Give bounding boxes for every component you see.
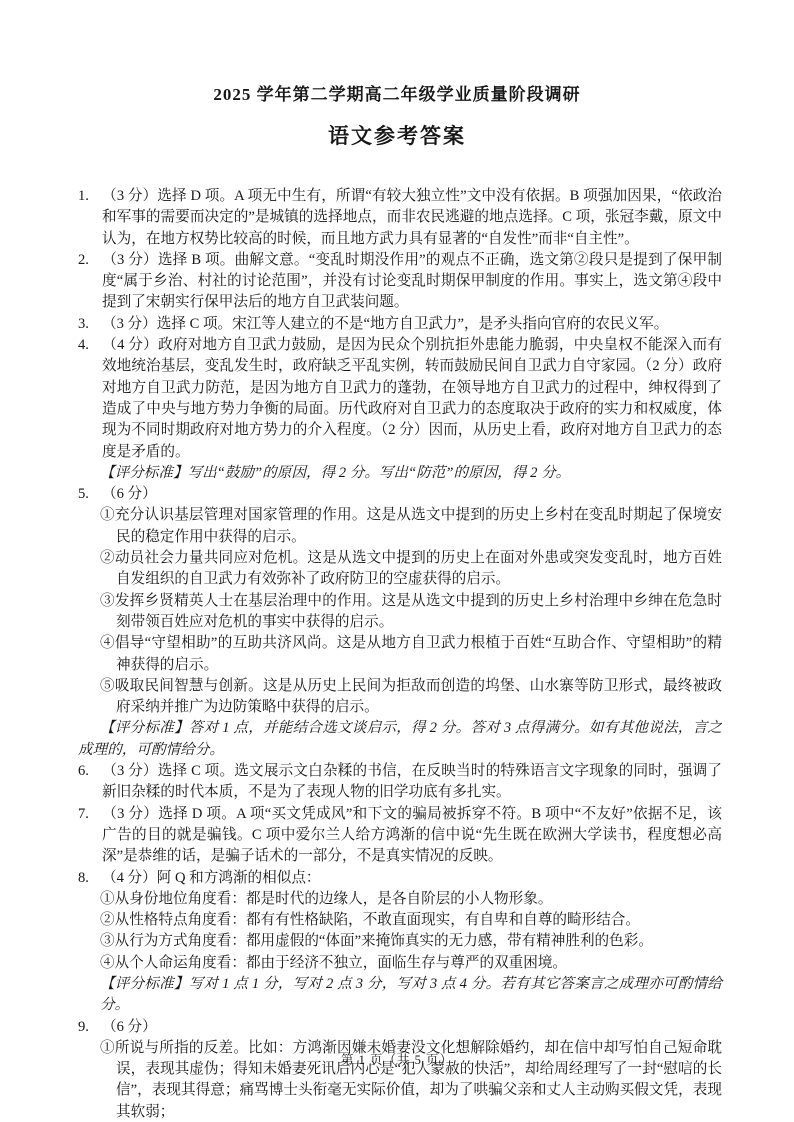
- item-text: （6 分）: [102, 486, 157, 502]
- answer-item-5-point-5: ⑤吸取民间智慧与创新。这是从历史上民间为拒敌而创造的坞堡、山水寨等防卫形式，最终…: [78, 676, 722, 719]
- item-text: （3 分）选择 C 项。宋江等人建立的不是“地方自卫武力”，是矛头指向官府的农民…: [102, 316, 668, 332]
- answer-item-8: 8.（4 分）阿 Q 和方鸿渐的相似点：: [78, 868, 722, 889]
- item-number: 2.: [78, 250, 102, 271]
- item-number: 5.: [78, 484, 102, 505]
- item-text: （4 分）政府对地方自卫武力鼓励，是因为民众个别抗拒外患能力脆弱，中央皇权不能深…: [102, 337, 722, 459]
- answer-item-1: 1.（3 分）选择 D 项。A 项无中生有，所谓“有较大独立性”文中没有依据。B…: [78, 186, 722, 250]
- answer-item-5-point-1: ①充分认识基层管理对国家管理的作用。这是从选文中提到的历史上乡村在变乱时期起了保…: [78, 505, 722, 548]
- item-text: （3 分）选择 D 项。A 项“买文凭成风”和下文的骗局被拆穿不符。B 项中“不…: [102, 806, 722, 865]
- item-number: 3.: [78, 314, 102, 335]
- item-text: （3 分）选择 C 项。选文展示文白杂糅的书信，在反映当时的特殊语言文字现象的同…: [102, 763, 722, 800]
- item-number: 4.: [78, 335, 102, 356]
- answer-item-3: 3.（3 分）选择 C 项。宋江等人建立的不是“地方自卫武力”，是矛头指向官府的…: [78, 314, 722, 335]
- answer-item-7: 7.（3 分）选择 D 项。A 项“买文凭成风”和下文的骗局被拆穿不符。B 项中…: [78, 804, 722, 868]
- scoring-note-item-4: 【评分标准】写出“鼓励”的原因，得 2 分。写出“防范”的原因，得 2 分。: [78, 463, 722, 484]
- item-number: 7.: [78, 804, 102, 825]
- answer-item-2: 2.（3 分）选择 B 项。曲解文意。“变乱时期没作用”的观点不正确，选文第②段…: [78, 250, 722, 314]
- item-number: 9.: [78, 1017, 102, 1038]
- answer-item-5-point-2: ②动员社会力量共同应对危机。这是从选文中提到的历史上在面对外患或突发变乱时，地方…: [78, 548, 722, 591]
- item-text: （4 分）阿 Q 和方鸿渐的相似点：: [102, 870, 321, 886]
- page-header: 2025 学年第二学期高二年级学业质量阶段调研 语文参考答案: [0, 0, 794, 150]
- answer-body: 1.（3 分）选择 D 项。A 项无中生有，所谓“有较大独立性”文中没有依据。B…: [0, 186, 794, 1122]
- document-title: 2025 学年第二学期高二年级学业质量阶段调研: [0, 80, 794, 105]
- answer-item-8-point-2: ②从性格特点角度看：都有有性格缺陷，不敢直面现实，有自卑和自尊的畸形结合。: [78, 910, 722, 931]
- item-number: 6.: [78, 761, 102, 782]
- item-text: （3 分）选择 D 项。A 项无中生有，所谓“有较大独立性”文中没有依据。B 项…: [102, 188, 722, 247]
- item-text: （6 分）: [102, 1019, 157, 1035]
- item-number: 8.: [78, 868, 102, 889]
- answer-item-8-point-1: ①从身份地位角度看：都是时代的边缘人，是各自阶层的小人物形象。: [78, 889, 722, 910]
- item-number: 1.: [78, 186, 102, 207]
- scoring-note-item-5: 【评分标准】答对 1 点，并能结合选文谈启示，得 2 分。答对 3 点得满分。如…: [78, 718, 722, 761]
- answer-item-8-point-3: ③从行为方式角度看：都用虚假的“体面”来掩饰真实的无力感，带有精神胜利的色彩。: [78, 931, 722, 952]
- answer-item-6: 6.（3 分）选择 C 项。选文展示文白杂糅的书信，在反映当时的特殊语言文字现象…: [78, 761, 722, 804]
- scoring-note-item-8: 【评分标准】写对 1 点 1 分，写对 2 点 3 分，写对 3 点 4 分。若…: [78, 974, 722, 1017]
- answer-item-5-point-4: ④倡导“守望相助”的互助共济风尚。这是从地方自卫武力根植于百姓“互助合作、守望相…: [78, 633, 722, 676]
- document-subtitle: 语文参考答案: [0, 120, 794, 150]
- answer-item-4: 4.（4 分）政府对地方自卫武力鼓励，是因为民众个别抗拒外患能力脆弱，中央皇权不…: [78, 335, 722, 463]
- page-number: 第 1 页（共 5 页）: [0, 1050, 794, 1068]
- item-text: （3 分）选择 B 项。曲解文意。“变乱时期没作用”的观点不正确，选文第②段只是…: [102, 252, 722, 311]
- answer-item-5-point-3: ③发挥乡贤精英人士在基层治理中的作用。这是从选文中提到的历史上乡村治理中乡绅在危…: [78, 591, 722, 634]
- answer-item-5: 5.（6 分）: [78, 484, 722, 505]
- answer-item-9: 9.（6 分）: [78, 1017, 722, 1038]
- answer-item-8-point-4: ④从个人命运角度看：都由于经济不独立，面临生存与尊严的双重困境。: [78, 953, 722, 974]
